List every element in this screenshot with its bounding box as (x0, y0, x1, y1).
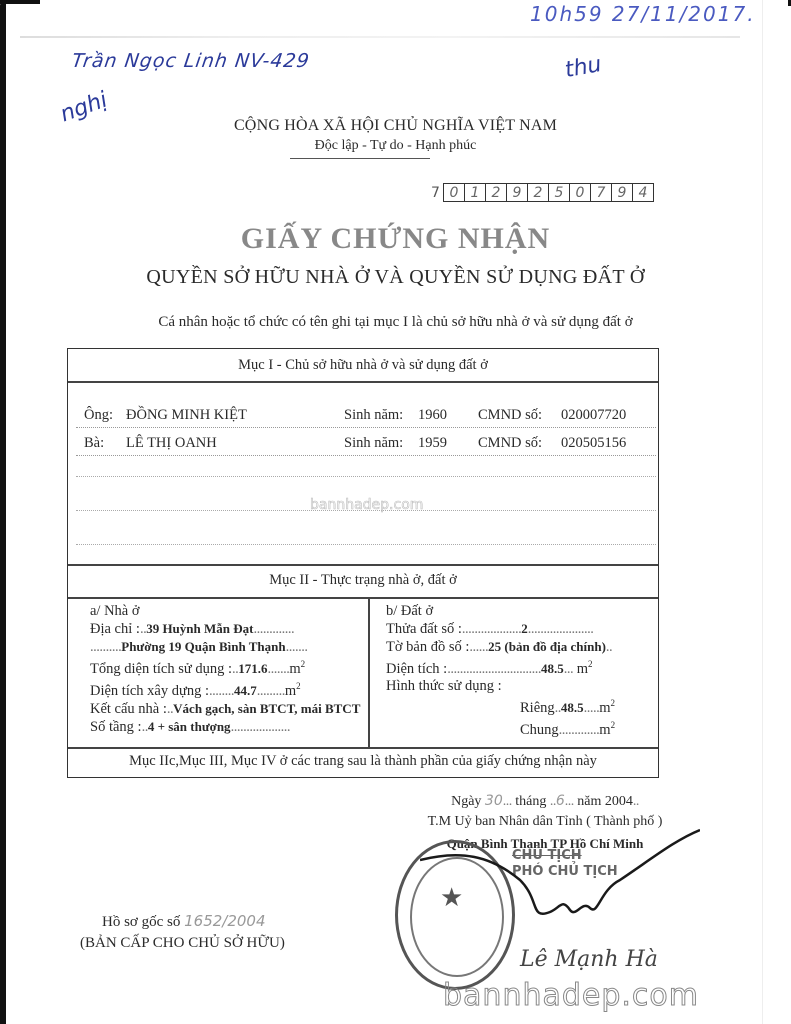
plot-row: Thửa đất số :...................2.......… (386, 620, 615, 638)
owner-title: Bà: (84, 435, 104, 452)
divider (68, 747, 658, 749)
birth-year: 1959 (418, 435, 447, 452)
day-value: 30 (485, 793, 503, 809)
signature-stroke (420, 820, 700, 940)
watermark: bannhadep.com (443, 978, 699, 1013)
birth-label: Sinh năm: (344, 435, 403, 452)
owner-name: ĐỒNG MINH KIỆT (126, 407, 247, 424)
certificate-form: Mục I - Chủ sở hữu nhà ở và sử dụng đất … (67, 348, 659, 778)
land-area-row: Diện tích :.............................… (386, 656, 615, 678)
serial-digit: 0 (443, 183, 464, 202)
blank-line (76, 543, 656, 545)
serial-digit: 1 (464, 183, 485, 202)
owner-name: LÊ THỊ OANH (126, 435, 217, 452)
blank-line (76, 475, 656, 477)
built-area-value: 44.7 (234, 683, 257, 698)
total-area-value: 171.6 (238, 661, 267, 676)
issue-date: Ngày 30... tháng ..6... năm 2004.. (380, 793, 710, 810)
handwritten-initial-right: thu (563, 52, 603, 83)
birth-label: Sinh năm: (344, 407, 403, 424)
scan-artifact-line (20, 36, 740, 38)
serial-number: 7 0 1 2 9 2 5 0 7 9 4 (431, 183, 654, 202)
total-area-row: Tổng diện tích sử dụng :..171.6.......m2 (90, 656, 360, 678)
record-number: 1652/2004 (184, 912, 265, 930)
private-label: Riêng (520, 700, 555, 716)
scan-edge-top (0, 0, 40, 4)
house-address-row: Địa chỉ :..39 Huỳnh Mẫn Đạt............. (90, 620, 360, 638)
month-value: 6 (556, 793, 565, 809)
id-number: 020007720 (561, 407, 626, 424)
national-motto: Độc lập - Tự do - Hạnh phúc (0, 138, 791, 154)
floors-label: Số tầng : (90, 719, 142, 735)
map-label: Tờ bản đồ số : (386, 639, 469, 655)
serial-digit: 2 (485, 183, 506, 202)
serial-digit: 0 (569, 183, 590, 202)
serial-digit: 7 (590, 183, 611, 202)
copy-designation: (BẢN CẤP CHO CHỦ SỞ HỮU) (80, 935, 285, 952)
house-label: a/ Nhà ở (90, 603, 360, 620)
floors-value: 4 + sân thượng (148, 719, 231, 734)
private-value: 48.5 (561, 700, 584, 715)
total-area-label: Tổng diện tích sử dụng : (90, 661, 232, 677)
structure-value: Vách gạch, sàn BTCT, mái BTCT (173, 701, 360, 716)
floors-row: Số tầng :..4 + sân thượng...............… (90, 718, 360, 736)
shared-row: Chung.............m2 (386, 717, 615, 739)
structure-row: Kết cấu nhà :..Vách gạch, sàn BTCT, mái … (90, 700, 360, 718)
handwritten-staff-name: Trần Ngọc Linh NV-429 (70, 50, 311, 72)
handwritten-timestamp: 10h59 27/11/2017. (530, 2, 756, 26)
unit: m (289, 661, 300, 677)
owner-row: Ông: ĐỒNG MINH KIỆT Sinh năm: 1960 CMND … (76, 407, 656, 428)
divider (68, 597, 658, 599)
certificate-intro: Cá nhân hoặc tổ chức có tên ghi tại mục … (0, 314, 791, 331)
usage-row: Hình thức sử dụng : (386, 678, 615, 695)
footer-note: Mục IIc,Mục III, Mục IV ở các trang sau … (68, 753, 658, 770)
month-label: tháng (515, 794, 546, 809)
structure-label: Kết cấu nhà : (90, 701, 167, 717)
address-line2: Phường 19 Quận Bình Thạnh (121, 639, 285, 654)
land-area-label: Diện tích : (386, 661, 447, 677)
unit: m (599, 700, 610, 716)
certificate-subtitle: QUYỀN SỞ HỮU NHÀ Ở VÀ QUYỀN SỬ DỤNG ĐẤT … (0, 266, 791, 289)
land-area-value: 48.5 (541, 661, 564, 676)
house-info: a/ Nhà ở Địa chỉ :..39 Huỳnh Mẫn Đạt....… (90, 603, 360, 736)
built-area-row: Diện tích xây dựng :........44.7........… (90, 678, 360, 700)
divider (68, 381, 658, 383)
serial-digit: 2 (527, 183, 548, 202)
unit: m (577, 661, 588, 677)
unit: m (599, 721, 610, 737)
house-address-row2: ..........Phường 19 Quận Bình Thạnh.....… (90, 638, 360, 656)
land-info: b/ Đất ở Thửa đất số :..................… (386, 603, 615, 738)
map-value: 25 (bản đồ địa chính) (488, 639, 606, 654)
birth-year: 1960 (418, 407, 447, 424)
certificate-title: GIẤY CHỨNG NHẬN (0, 222, 791, 256)
divider (68, 564, 658, 566)
year-value: 2004 (605, 794, 633, 809)
plot-label: Thửa đất số : (386, 621, 462, 637)
land-label: b/ Đất ở (386, 603, 615, 620)
map-row: Tờ bản đồ số :......25 (bản đồ địa chính… (386, 638, 615, 656)
year-label: năm (577, 794, 601, 809)
address-label: Địa chỉ : (90, 621, 140, 637)
shared-label: Chung (520, 721, 559, 737)
address-line1: 39 Huỳnh Mẫn Đạt (146, 621, 253, 636)
national-title: CỘNG HÒA XÃ HỘI CHỦ NGHĨA VIỆT NAM (0, 117, 791, 135)
serial-digit: 5 (548, 183, 569, 202)
id-number: 020505156 (561, 435, 626, 452)
column-divider (368, 598, 370, 748)
private-row: Riêng..48.5.....m2 (386, 695, 615, 717)
section1-heading: Mục I - Chủ sở hữu nhà ở và sử dụng đất … (68, 357, 658, 374)
serial-digit: 9 (611, 183, 632, 202)
serial-prefix: 7 (431, 185, 440, 201)
day-label: Ngày (451, 794, 481, 809)
signer-name: Lê Mạnh Hà (520, 947, 658, 972)
record-label: Hồ sơ gốc số (102, 914, 180, 930)
id-label: CMND số: (478, 435, 542, 452)
built-area-label: Diện tích xây dựng : (90, 683, 209, 699)
id-label: CMND số: (478, 407, 542, 424)
unit: m (285, 683, 296, 699)
owner-row: Bà: LÊ THỊ OANH Sinh năm: 1959 CMND số: … (76, 435, 656, 456)
serial-digit: 9 (506, 183, 527, 202)
motto-underline (290, 158, 430, 159)
watermark: bannhadep.com (310, 497, 423, 513)
original-record: Hồ sơ gốc số 1652/2004 (102, 912, 266, 931)
serial-digit: 4 (632, 183, 654, 202)
owner-title: Ông: (84, 407, 113, 424)
section2-heading: Mục II - Thực trạng nhà ở, đất ở (68, 572, 658, 589)
